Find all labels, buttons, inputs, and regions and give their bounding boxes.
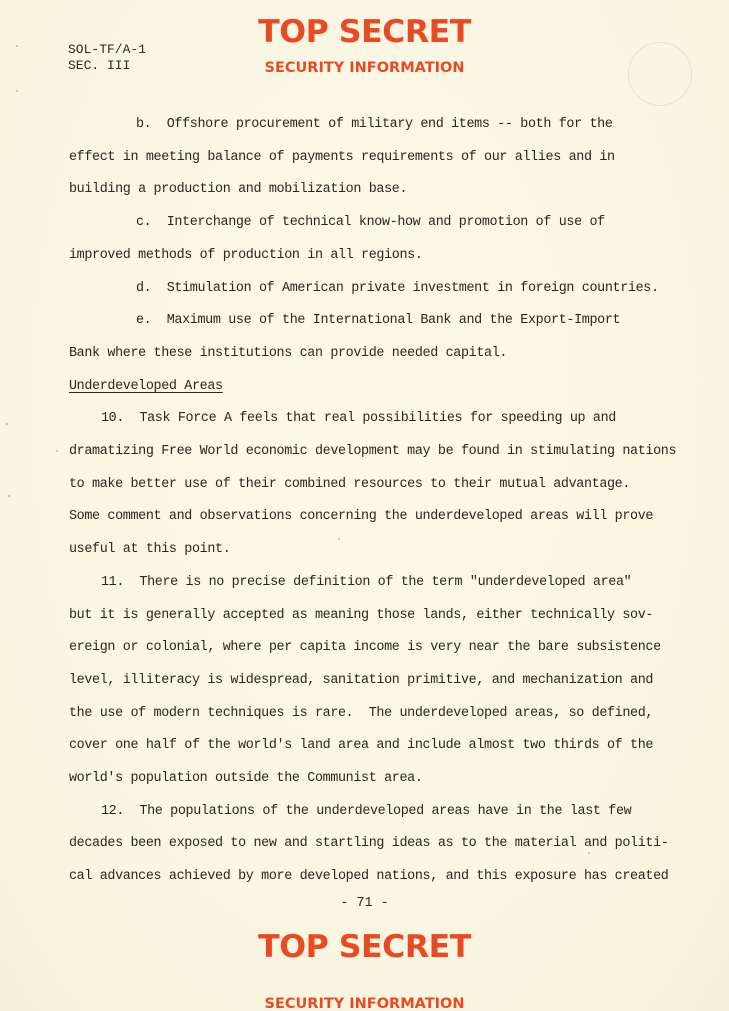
text-line: b. Offshore procurement of military end … bbox=[136, 117, 613, 132]
paper-speck bbox=[16, 90, 18, 92]
page-number: - 71 - bbox=[0, 896, 729, 911]
text-line: e. Maximum use of the International Bank… bbox=[136, 313, 620, 328]
text-line: decades been exposed to new and startlin… bbox=[69, 836, 669, 851]
text-line: 11. There is no precise definition of th… bbox=[101, 575, 631, 590]
document-section: SEC. III bbox=[68, 58, 130, 74]
classification-subtitle-bottom: SECURITY INFORMATION bbox=[0, 996, 729, 1009]
text-line: cover one half of the world's land area … bbox=[69, 738, 653, 753]
paper-speck bbox=[16, 45, 18, 47]
document-page: TOP SECRET SECURITY INFORMATION SOL-TF/A… bbox=[0, 0, 729, 1011]
section-heading: Underdeveloped Areas bbox=[69, 379, 223, 394]
text-line: the use of modern techniques is rare. Th… bbox=[69, 706, 653, 721]
classification-stamp-bottom: TOP SECRET bbox=[0, 929, 729, 965]
text-line: c. Interchange of technical know-how and… bbox=[136, 215, 605, 230]
text-line: effect in meeting balance of payments re… bbox=[69, 150, 615, 165]
text-line: building a production and mobilization b… bbox=[69, 182, 407, 197]
document-reference-code: SOL-TF/A-1 bbox=[68, 42, 146, 58]
text-line: improved methods of production in all re… bbox=[69, 248, 423, 263]
text-line: to make better use of their combined res… bbox=[69, 477, 630, 492]
text-line: world's population outside the Communist… bbox=[69, 771, 423, 786]
text-line: 10. Task Force A feels that real possibi… bbox=[101, 411, 616, 426]
text-line: Bank where these institutions can provid… bbox=[69, 346, 507, 361]
paper-speck bbox=[6, 423, 8, 425]
text-line: Some comment and observations concerning… bbox=[69, 509, 653, 524]
text-line: level, illiteracy is widespread, sanitat… bbox=[69, 673, 653, 688]
text-line: but it is generally accepted as meaning … bbox=[69, 608, 653, 623]
text-line: ereign or colonial, where per capita inc… bbox=[69, 640, 661, 655]
paper-speck bbox=[588, 852, 590, 854]
text-line: dramatizing Free World economic developm… bbox=[69, 444, 676, 459]
text-line: 12. The populations of the underdevelope… bbox=[101, 804, 631, 819]
paper-speck bbox=[8, 495, 10, 497]
paper-speck bbox=[338, 538, 340, 540]
text-line: useful at this point. bbox=[69, 542, 230, 557]
text-line: d. Stimulation of American private inves… bbox=[136, 281, 659, 296]
paper-speck bbox=[56, 450, 58, 452]
text-line: cal advances achieved by more developed … bbox=[69, 869, 669, 884]
